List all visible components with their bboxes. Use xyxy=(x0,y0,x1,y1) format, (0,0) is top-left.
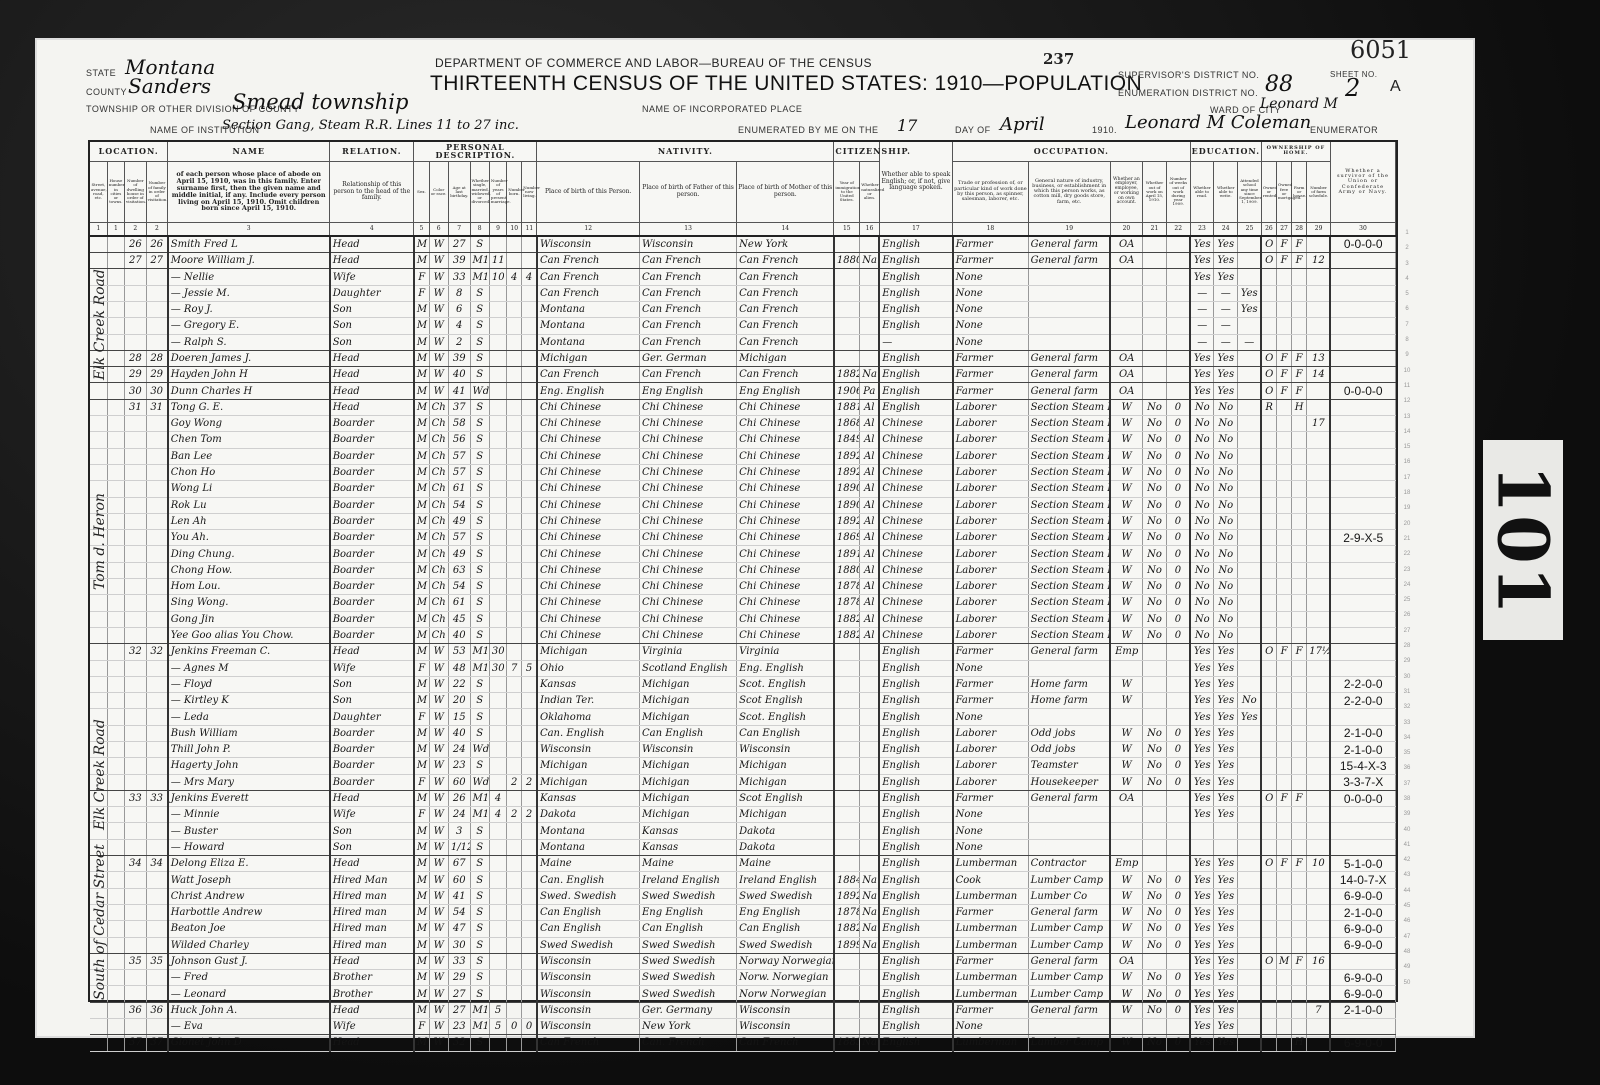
group-relation: RELATION. xyxy=(330,142,414,161)
cell-own xyxy=(1261,562,1276,578)
cell-race: W xyxy=(429,334,448,350)
cell-fm xyxy=(1276,725,1291,741)
cell-sched xyxy=(1307,676,1331,692)
cell-race: Ch xyxy=(429,513,448,529)
cell-race: W xyxy=(429,937,448,953)
line-number: 4 xyxy=(1400,272,1414,287)
cell-cls: W xyxy=(1110,595,1142,611)
line-number: 6 xyxy=(1400,302,1414,317)
cell-dw xyxy=(125,432,147,448)
cell-living: 4 xyxy=(522,269,537,285)
cell-lang: English xyxy=(879,676,952,692)
cell-dw: 36 xyxy=(125,1002,147,1018)
cell-imm xyxy=(834,856,860,872)
cell-living xyxy=(522,546,537,562)
cell-own xyxy=(1261,937,1276,953)
cell-sched xyxy=(1307,970,1331,986)
cell-empty xyxy=(107,383,124,399)
line-number: 13 xyxy=(1400,410,1414,425)
cell-wk xyxy=(1166,236,1190,253)
cell-living xyxy=(522,709,537,725)
cell-bp: Chi Chinese xyxy=(537,562,640,578)
cell-ym xyxy=(489,921,506,937)
cell-fm xyxy=(1276,660,1291,676)
cell-sched xyxy=(1307,660,1331,676)
enumerator-label: ENUMERATOR xyxy=(1310,125,1378,135)
cell-own xyxy=(1261,1035,1276,1051)
col-naturalized: Whether naturalized or alien. xyxy=(860,161,879,222)
cell-cls: W xyxy=(1110,416,1142,432)
cell-ow xyxy=(1143,676,1167,692)
cell-name: Hagerty John xyxy=(168,758,330,774)
cell-empty xyxy=(107,1019,124,1035)
cell-race: W xyxy=(429,318,448,334)
cell-nat xyxy=(860,725,879,741)
cell-bp: Can English xyxy=(537,904,640,920)
cell-bpf: Chi Chinese xyxy=(640,481,737,497)
cell-race: W xyxy=(429,823,448,839)
cell-ow: No xyxy=(1143,399,1167,415)
cell-bpf: Michigan xyxy=(640,790,737,806)
group-personal: PERSONAL DESCRIPTION. xyxy=(414,142,537,161)
cell-bp: Michigan xyxy=(537,644,640,660)
cell-trade: Farmer xyxy=(953,236,1029,253)
cell-trade: Laborer xyxy=(953,758,1029,774)
cell-race: W xyxy=(429,350,448,366)
cell-race: W xyxy=(429,741,448,757)
cell-own xyxy=(1261,693,1276,709)
cell-cls: Emp xyxy=(1110,644,1142,660)
cell-nat: Na xyxy=(860,872,879,888)
cell-own xyxy=(1261,481,1276,497)
table-row: Hom Lou.BoarderMCh54SChi ChineseChi Chin… xyxy=(90,579,1396,595)
cell-sched: 13 xyxy=(1307,350,1331,366)
cell-bpm: Norw Norwegian xyxy=(737,986,834,1002)
cell-imm: 1882 xyxy=(834,367,860,383)
cell-born xyxy=(507,790,522,806)
line-number: 49 xyxy=(1400,960,1414,975)
cell-nat xyxy=(860,807,879,823)
cell-fam xyxy=(146,611,168,627)
cell-dw: 30 xyxy=(125,383,147,399)
cell-imm: 1878 xyxy=(834,595,860,611)
cell-fm xyxy=(1276,1002,1291,1018)
cell-ind: Section Steam RR xyxy=(1028,562,1110,578)
cell-living xyxy=(522,693,537,709)
cell-ow xyxy=(1143,301,1167,317)
table-row: Sing Wong.BoarderMCh61SChi ChineseChi Ch… xyxy=(90,595,1396,611)
table-row: 3232Jenkins Freeman C.HeadMW53M130Michig… xyxy=(90,644,1396,660)
cell-sex: M xyxy=(414,1035,429,1051)
cell-name: Wilded Charley xyxy=(168,937,330,953)
cell-wk: 0 xyxy=(1166,481,1190,497)
cell-trade: Laborer xyxy=(953,497,1029,513)
cell-bp: Can French xyxy=(537,253,640,269)
cell-sched xyxy=(1307,269,1331,285)
page-stamp: 237 xyxy=(1043,50,1074,68)
cell-imm: 1892 xyxy=(834,448,860,464)
cell-empty xyxy=(107,497,124,513)
cell-bp: Chi Chinese xyxy=(537,546,640,562)
cell-dw xyxy=(125,839,147,855)
cell-bp: Chi Chinese xyxy=(537,579,640,595)
cell-empty xyxy=(107,481,124,497)
cell-fam: 26 xyxy=(146,236,168,253)
cell-mar: S xyxy=(470,595,489,611)
cell-fam: 32 xyxy=(146,644,168,660)
table-row: 3030Dunn Charles HHeadMW41WdEng. English… xyxy=(90,383,1396,399)
cell-age: 67 xyxy=(448,856,470,872)
cell-code xyxy=(1330,953,1395,969)
cell-sched xyxy=(1307,774,1331,790)
cell-wr: No xyxy=(1214,627,1238,643)
cell-fm: F xyxy=(1276,236,1291,253)
cell-sex: M xyxy=(414,530,429,546)
cell-age: 1/12 xyxy=(448,839,470,855)
cell-lang: Chinese xyxy=(879,595,952,611)
cell-fh: F xyxy=(1292,350,1307,366)
cell-sex: M xyxy=(414,888,429,904)
cell-bp: Can French xyxy=(537,1035,640,1051)
cell-fam xyxy=(146,823,168,839)
cell-fh xyxy=(1292,823,1307,839)
col-farm-schedule: Number of farm schedule. xyxy=(1307,161,1331,222)
county-label: COUNTY xyxy=(86,87,127,97)
cell-cls: Emp xyxy=(1110,856,1142,872)
cell-living xyxy=(522,1035,537,1051)
cell-fh xyxy=(1292,774,1307,790)
cell-rel: Boarder xyxy=(330,530,414,546)
cell-age: 27 xyxy=(448,986,470,1002)
cell-bp: Wisconsin xyxy=(537,236,640,253)
cell-ind: Lumber Camp xyxy=(1028,872,1110,888)
state-label: STATE xyxy=(86,68,116,78)
cell-living xyxy=(522,758,537,774)
cell-race: Ch xyxy=(429,546,448,562)
cell-name: — Howard xyxy=(168,839,330,855)
cell-name: Hom Lou. xyxy=(168,579,330,595)
cell-ym xyxy=(489,1035,506,1051)
cell-own: O xyxy=(1261,350,1276,366)
cell-sch xyxy=(1238,350,1262,366)
cell-living xyxy=(522,350,537,366)
cell-cls: OA xyxy=(1110,350,1142,366)
cell-empty xyxy=(107,611,124,627)
cell-lang: Chinese xyxy=(879,432,952,448)
cell-wk: 0 xyxy=(1166,774,1190,790)
cell-sch xyxy=(1238,758,1262,774)
cell-nat xyxy=(860,318,879,334)
cell-bp: Montana xyxy=(537,334,640,350)
cell-nat xyxy=(860,269,879,285)
cell-living xyxy=(522,872,537,888)
cell-nat xyxy=(860,741,879,757)
cell-born xyxy=(507,1002,522,1018)
cell-living xyxy=(522,579,537,595)
cell-wk xyxy=(1166,823,1190,839)
line-number: 19 xyxy=(1400,501,1414,516)
cell-rel: Boarder xyxy=(330,725,414,741)
cell-empty xyxy=(90,611,107,627)
cell-ind: General farm xyxy=(1028,367,1110,383)
cell-wr: Yes xyxy=(1214,937,1238,953)
cell-born: 7 xyxy=(507,660,522,676)
cell-nat: Al xyxy=(860,562,879,578)
line-number: 44 xyxy=(1400,884,1414,899)
cell-born xyxy=(507,399,522,415)
cell-fh xyxy=(1292,546,1307,562)
cell-living: 0 xyxy=(522,1019,537,1035)
cell-born xyxy=(507,611,522,627)
cell-sch xyxy=(1238,318,1262,334)
cell-sex: M xyxy=(414,448,429,464)
cell-nat: Na xyxy=(860,921,879,937)
cell-born xyxy=(507,236,522,253)
cell-wr: Yes xyxy=(1214,236,1238,253)
cell-fh xyxy=(1292,269,1307,285)
cell-ym xyxy=(489,399,506,415)
cell-rel: Head xyxy=(330,236,414,253)
cell-born xyxy=(507,334,522,350)
cell-ym xyxy=(489,676,506,692)
cell-rel: Head xyxy=(330,644,414,660)
cell-wr: Yes xyxy=(1214,741,1238,757)
cell-imm xyxy=(834,1019,860,1035)
cell-rd: Yes xyxy=(1190,970,1214,986)
cell-bp: Montana xyxy=(537,318,640,334)
table-row: — EvaWifeFW23M1500WisconsinNew YorkWisco… xyxy=(90,1019,1396,1035)
ward-value: Leonard M xyxy=(1260,96,1338,112)
cell-cls: W xyxy=(1110,432,1142,448)
cell-living xyxy=(522,644,537,660)
cell-dw xyxy=(125,562,147,578)
column-number: 4 xyxy=(330,222,414,236)
cell-mar: S xyxy=(470,318,489,334)
cell-trade: None xyxy=(953,301,1029,317)
cell-fam xyxy=(146,741,168,757)
cell-dw xyxy=(125,970,147,986)
cell-mar: S xyxy=(470,399,489,415)
cell-imm: 1884 xyxy=(834,872,860,888)
cell-rel: Boarder xyxy=(330,481,414,497)
cell-dw: 29 xyxy=(125,367,147,383)
column-number: 2 xyxy=(125,222,147,236)
cell-ind xyxy=(1028,823,1110,839)
cell-imm xyxy=(834,741,860,757)
group-ownership: OWNERSHIP OF HOME. xyxy=(1261,142,1330,161)
cell-rd: — xyxy=(1190,318,1214,334)
cell-fam xyxy=(146,758,168,774)
cell-wk xyxy=(1166,709,1190,725)
cell-ow xyxy=(1143,383,1167,399)
cell-wk: 0 xyxy=(1166,595,1190,611)
cell-fam xyxy=(146,416,168,432)
cell-ind: Section Steam RR xyxy=(1028,399,1110,415)
col-name: of each person whose place of abode on A… xyxy=(168,161,330,222)
cell-bp: Chi Chinese xyxy=(537,464,640,480)
cell-bpf: Swed Swedish xyxy=(640,888,737,904)
cell-sex: M xyxy=(414,595,429,611)
cell-dw xyxy=(125,986,147,1002)
cell-rel: Boarder xyxy=(330,611,414,627)
cell-sched xyxy=(1307,399,1331,415)
cell-fh xyxy=(1292,627,1307,643)
cell-bpf: New York xyxy=(640,1019,737,1035)
cell-bpm: Can French xyxy=(737,318,834,334)
cell-bpm: Chi Chinese xyxy=(737,562,834,578)
cell-born xyxy=(507,285,522,301)
cell-fam xyxy=(146,660,168,676)
cell-bpm: Wisconsin xyxy=(737,1002,834,1018)
cell-cls: W xyxy=(1110,986,1142,1002)
cell-rel: Head xyxy=(330,1035,414,1051)
line-numbers: 1234567891011121314151617181920212223242… xyxy=(1400,226,1414,991)
cell-sex: M xyxy=(414,350,429,366)
cell-fm xyxy=(1276,741,1291,757)
cell-own: O xyxy=(1261,856,1276,872)
cell-living xyxy=(522,725,537,741)
cell-bpm: Can French xyxy=(737,334,834,350)
cell-ym xyxy=(489,497,506,513)
cell-living xyxy=(522,676,537,692)
cell-empty xyxy=(107,448,124,464)
cell-bpm: Maine xyxy=(737,856,834,872)
cell-empty xyxy=(107,399,124,415)
cell-empty xyxy=(107,1002,124,1018)
table-row: — Ralph S.SonMW2SMontanaCan FrenchCan Fr… xyxy=(90,334,1396,350)
cell-sch xyxy=(1238,497,1262,513)
cell-fh xyxy=(1292,464,1307,480)
cell-sch xyxy=(1238,448,1262,464)
cell-wr: Yes xyxy=(1214,921,1238,937)
cell-imm: 1891 xyxy=(834,546,860,562)
cell-bpf: Kansas xyxy=(640,823,737,839)
cell-wk: 0 xyxy=(1166,921,1190,937)
cell-trade: Laborer xyxy=(953,448,1029,464)
cell-rd: No xyxy=(1190,530,1214,546)
cell-age: 33 xyxy=(448,953,470,969)
cell-sex: M xyxy=(414,513,429,529)
cell-empty xyxy=(107,790,124,806)
cell-empty xyxy=(107,953,124,969)
cell-fh xyxy=(1292,285,1307,301)
line-number: 50 xyxy=(1400,976,1414,991)
cell-bp: Chi Chinese xyxy=(537,448,640,464)
cell-mar: S xyxy=(470,350,489,366)
cell-trade: Lumberman xyxy=(953,921,1029,937)
cell-rel: Hired man xyxy=(330,888,414,904)
line-number: 14 xyxy=(1400,425,1414,440)
cell-cls: W xyxy=(1110,758,1142,774)
cell-lang: English xyxy=(879,236,952,253)
cell-bpf: Virginia xyxy=(640,644,737,660)
column-number: 23 xyxy=(1190,222,1214,236)
cell-own xyxy=(1261,595,1276,611)
cell-imm: 1883 xyxy=(834,1035,860,1051)
cell-living: 2 xyxy=(522,774,537,790)
cell-rd: Yes xyxy=(1190,774,1214,790)
cell-ow xyxy=(1143,318,1167,334)
cell-dw: 27 xyxy=(125,253,147,269)
cell-age: 47 xyxy=(448,921,470,937)
cell-ow xyxy=(1143,269,1167,285)
line-number: 15 xyxy=(1400,440,1414,455)
cell-fh xyxy=(1292,709,1307,725)
cell-trade: None xyxy=(953,807,1029,823)
cell-cls: W xyxy=(1110,579,1142,595)
cell-empty xyxy=(90,383,107,399)
cell-wk: 0 xyxy=(1166,872,1190,888)
cell-age: 58 xyxy=(448,416,470,432)
cell-fam xyxy=(146,693,168,709)
cell-living xyxy=(522,953,537,969)
cell-age: 37 xyxy=(448,399,470,415)
cell-born: 2 xyxy=(507,807,522,823)
cell-code: 6-9-0-0 xyxy=(1330,986,1395,1002)
cell-bp: Maine xyxy=(537,856,640,872)
cell-imm xyxy=(834,301,860,317)
cell-own: O xyxy=(1261,236,1276,253)
cell-trade: Farmer xyxy=(953,383,1029,399)
cell-bp: Chi Chinese xyxy=(537,627,640,643)
cell-rd: Yes xyxy=(1190,1035,1214,1051)
cell-ind xyxy=(1028,301,1110,317)
table-row: 2929Hayden John HHeadMW40SCan FrenchCan … xyxy=(90,367,1396,383)
cell-ym: 11 xyxy=(489,253,506,269)
cell-fh xyxy=(1292,986,1307,1002)
cell-fam xyxy=(146,562,168,578)
cell-sch: Yes xyxy=(1238,709,1262,725)
cell-rel: Brother xyxy=(330,970,414,986)
cell-code: 6-9-0-0 xyxy=(1330,937,1395,953)
cell-wr: Yes xyxy=(1214,986,1238,1002)
cell-bp: Michigan xyxy=(537,774,640,790)
cell-sex: M xyxy=(414,399,429,415)
cell-name: — Agnes M xyxy=(168,660,330,676)
col-school: Attended school any time since September… xyxy=(1238,161,1262,222)
cell-wk: 0 xyxy=(1166,970,1190,986)
cell-bpf: Ger. Germany xyxy=(640,1002,737,1018)
cell-sched xyxy=(1307,236,1331,253)
cell-race: W xyxy=(429,872,448,888)
cell-bpf: Can French xyxy=(640,285,737,301)
cell-ind xyxy=(1028,709,1110,725)
col-age: Age at last birthday. xyxy=(448,161,470,222)
cell-empty xyxy=(107,627,124,643)
cell-born xyxy=(507,627,522,643)
cell-empty xyxy=(107,709,124,725)
line-number: 42 xyxy=(1400,853,1414,868)
cell-sched xyxy=(1307,530,1331,546)
cell-rel: Boarder xyxy=(330,774,414,790)
cell-race: Ch xyxy=(429,579,448,595)
cell-ind: Lumber Camp xyxy=(1028,921,1110,937)
cell-fh xyxy=(1292,530,1307,546)
line-number: 33 xyxy=(1400,716,1414,731)
cell-race: W xyxy=(429,904,448,920)
table-row: — Roy J.SonMW6SMontanaCan FrenchCan Fren… xyxy=(90,301,1396,317)
cell-race: W xyxy=(429,807,448,823)
population-schedule: LOCATION. NAME RELATION. PERSONAL DESCRI… xyxy=(90,142,1396,1052)
cell-fm xyxy=(1276,904,1291,920)
cell-ow: No xyxy=(1143,1035,1167,1051)
cell-ym: 5 xyxy=(489,1002,506,1018)
cell-ym xyxy=(489,904,506,920)
cell-ind: General farm xyxy=(1028,236,1110,253)
cell-ow xyxy=(1143,693,1167,709)
cell-race: W xyxy=(429,383,448,399)
cell-bpf: Michigan xyxy=(640,693,737,709)
